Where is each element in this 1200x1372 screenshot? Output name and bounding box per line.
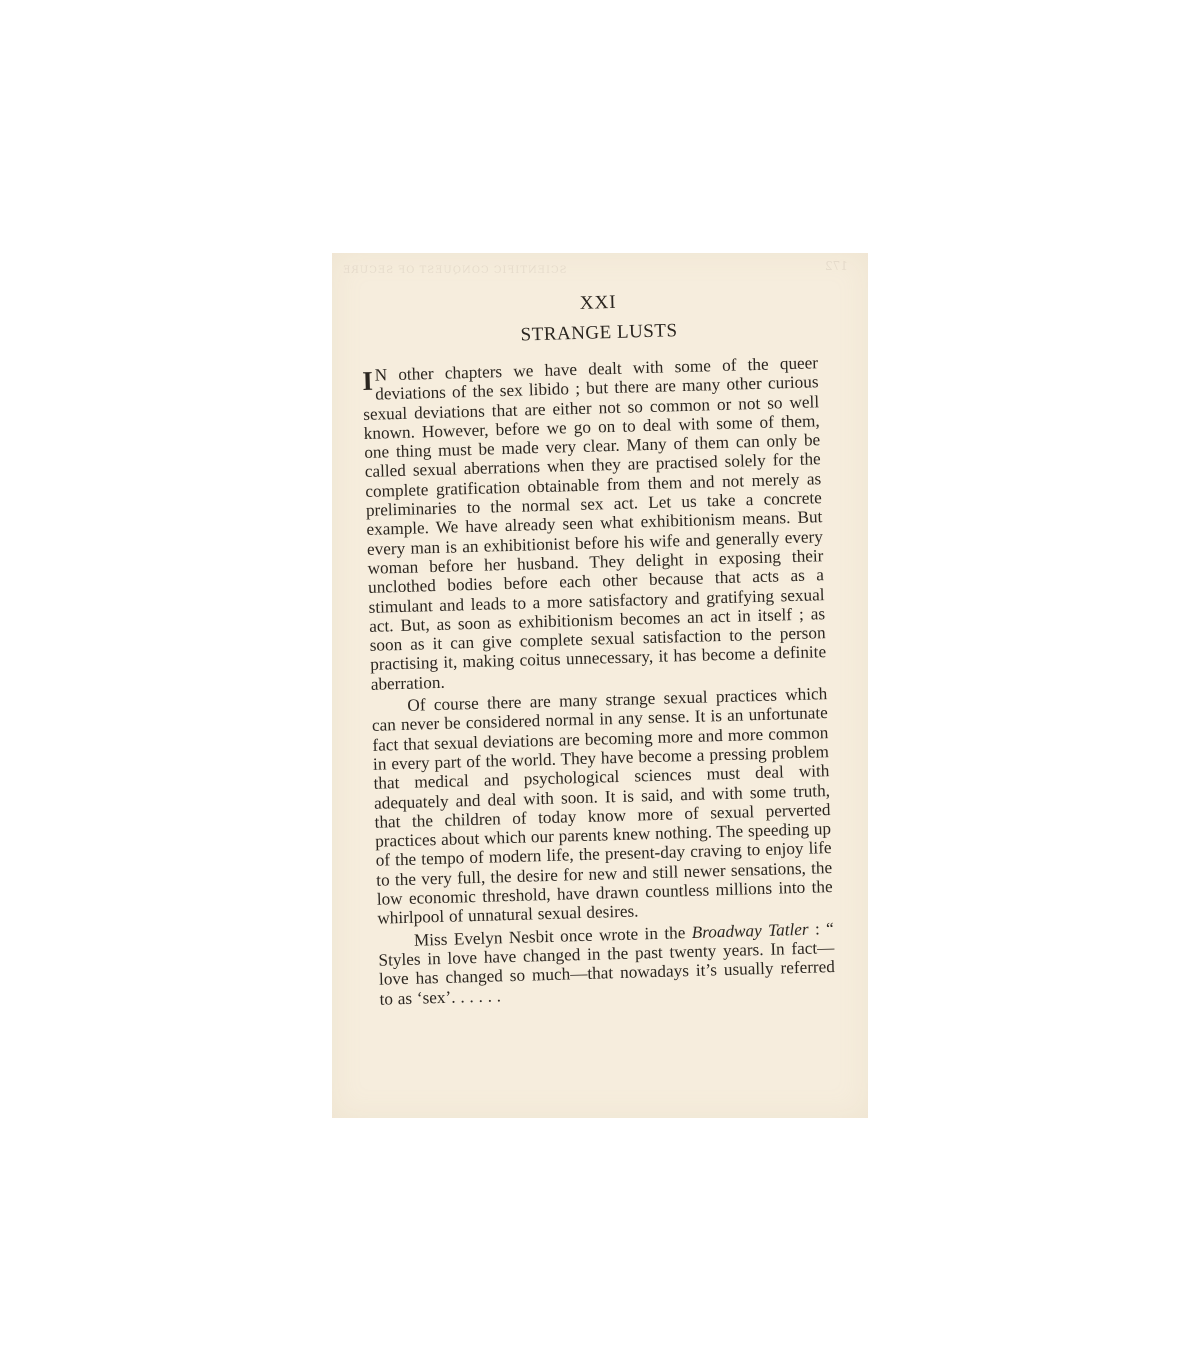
- bleed-through-page-number: 172: [825, 259, 848, 273]
- paragraph-1: IN other chapters we have dealt with som…: [362, 353, 827, 694]
- paragraph-3: Miss Evelyn Nesbit once wrote in the Bro…: [378, 919, 836, 1009]
- chapter-number: XXI: [380, 285, 817, 321]
- page-content: XXI STRANGE LUSTS IN other chapters we h…: [360, 285, 836, 1008]
- book-page: SCIENTIFIC CONQUEST OF SECURE 172 XXI ST…: [332, 253, 868, 1118]
- bleed-through-running-header: SCIENTIFIC CONQUEST OF SECURE: [342, 265, 566, 276]
- chapter-title: STRANGE LUSTS: [381, 315, 818, 351]
- paragraph-1-body: queer deviations of the sex libido ; but…: [363, 353, 826, 693]
- drop-cap: I: [362, 369, 373, 393]
- paragraph-2: Of course there are many strange sexual …: [371, 684, 833, 928]
